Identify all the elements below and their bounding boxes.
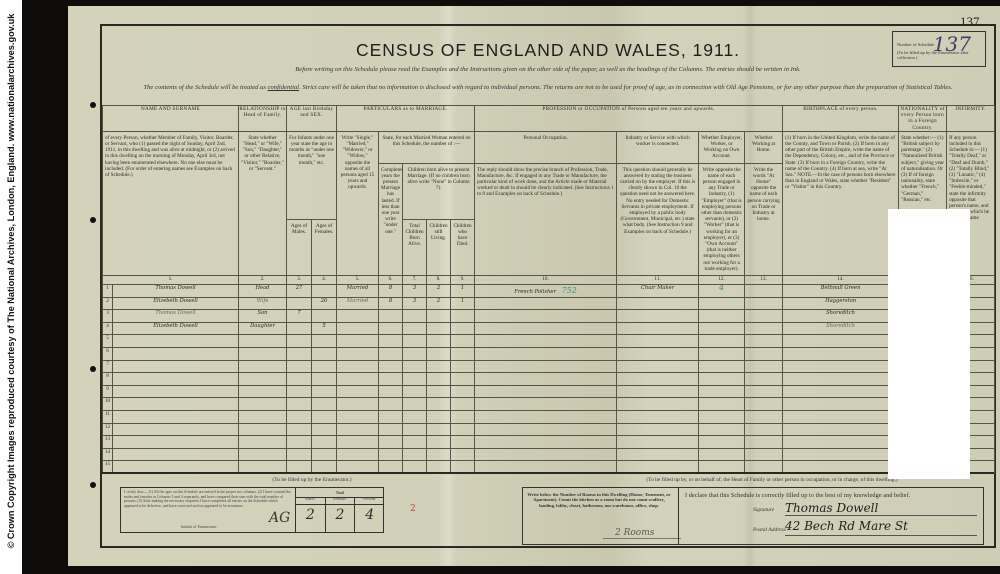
form-title: CENSUS OF ENGLAND AND WALES, 1911. xyxy=(102,40,994,61)
table-row: 10 xyxy=(103,398,995,411)
column-number-row: 1. 2. 3. 4. 5. 6. 7. 8. 9. 10. 11. 12. 1… xyxy=(103,276,995,285)
desc-industry: Industry or Service with which worker is… xyxy=(617,131,699,163)
header-marriage: PARTICULARS as to MARRIAGE. xyxy=(337,106,475,132)
table-row: 2 Elizebeth Dowell Wife 26 Married 8 3 2… xyxy=(103,297,995,310)
table-row: 12 xyxy=(103,423,995,436)
form-border: CENSUS OF ENGLAND AND WALES, 1911. Befor… xyxy=(100,24,996,548)
enumerator-initials-label: Initials of Enumerator. xyxy=(181,524,217,529)
total-males: Males.2 xyxy=(296,497,326,532)
desc-years-married: Completed years the present Marriage has… xyxy=(379,163,403,275)
enumerator-certification: I certify that:— (1) All the ages on thi… xyxy=(124,490,292,508)
desc-total-born: Total Children Born Alive. xyxy=(403,219,427,275)
table-row: 3 Thomas Dowell Son 7 Shoreditch xyxy=(103,310,995,323)
header-row: NAME AND SURNAME RELATIONSHIP to Head of… xyxy=(103,106,995,132)
total-persons: Persons.4 xyxy=(355,497,384,532)
punch-hole xyxy=(90,482,96,488)
header-name: NAME AND SURNAME xyxy=(103,106,239,132)
postal-address: 42 Bech Rd Mare St xyxy=(785,519,908,533)
signature: Thomas Dowell xyxy=(785,501,878,515)
birthplace: Shoreditch xyxy=(783,310,899,323)
at-home xyxy=(745,297,783,310)
children-died: 1 xyxy=(451,297,475,310)
desc-industry-detail: This question should generally be answer… xyxy=(617,163,699,275)
birthplace: Bethnall Green xyxy=(783,285,899,298)
desc-children-alive: Children born alive to present Marriage.… xyxy=(403,163,475,219)
person-name: Elizebeth Dowell xyxy=(113,297,239,310)
enumerator-caption: (To be filled up by the Enumerator.) xyxy=(162,477,462,483)
desc-employer-detail: Write opposite the name of each person e… xyxy=(699,163,745,275)
age-male xyxy=(287,322,312,335)
confidential-word: confidential xyxy=(268,84,300,91)
table-row: 4 Elizebeth Dowell Daughter 5 Shoreditch xyxy=(103,322,995,335)
form-instructions: Before writing on this Schedule please r… xyxy=(102,66,994,73)
address-line: 42 Bech Rd Mare St xyxy=(785,520,977,536)
household-box: Write below the Number of Rooms in this … xyxy=(522,487,984,545)
children-born: 3 xyxy=(403,297,427,310)
birthplace: Haggerston xyxy=(783,297,899,310)
schedule-number-value: 137 xyxy=(933,32,971,56)
desc-relationship: State whether "Head," or "Wife," "Son," … xyxy=(239,131,287,275)
punch-hole xyxy=(90,217,96,223)
relationship: Head xyxy=(239,285,287,298)
age-male xyxy=(287,297,312,310)
table-row: 13 xyxy=(103,436,995,449)
description-row-1: of every Person, whether Member of Famil… xyxy=(103,131,995,163)
children-born: 3 xyxy=(403,285,427,298)
desc-name: of every Person, whether Member of Famil… xyxy=(103,131,239,275)
relationship: Daughter xyxy=(239,322,287,335)
redacted-area xyxy=(888,209,970,479)
years-married: 8 xyxy=(379,297,403,310)
desc-at-home: Whether Working at Home. xyxy=(745,131,783,163)
age-female xyxy=(312,285,337,298)
table-row: 11 xyxy=(103,411,995,424)
desc-personal-occupation-detail: The reply should show the precise branch… xyxy=(475,163,617,275)
header-nationality: NATIONALITY of every Person born in a Fo… xyxy=(899,106,947,132)
table-row: 9 xyxy=(103,385,995,398)
header-birthplace: BIRTHPLACE of every person. xyxy=(783,106,899,132)
relationship: Son xyxy=(239,310,287,323)
table-row: 1 Thomas Dowell Head 27 Married 8 3 2 1 … xyxy=(103,285,995,298)
relationship: Wife xyxy=(239,297,287,310)
person-name: Elizebeth Dowell xyxy=(113,322,239,335)
signature-line: Thomas Dowell xyxy=(785,502,977,516)
desc-at-home-detail: Write the words "At Home" opposite the n… xyxy=(745,163,783,275)
schedule-number-label: Number of Schedule xyxy=(897,42,934,47)
occupation-code: 752 xyxy=(558,286,577,295)
enumerator-initials: AG xyxy=(269,510,290,526)
desc-birthplace: (1) If born in the United Kingdom, write… xyxy=(783,131,899,275)
desc-marital: Write "Single," "Married," "Widower," or… xyxy=(337,131,379,275)
desc-ages-females: Ages of Females. xyxy=(312,219,337,275)
age-female: 26 xyxy=(312,297,337,310)
children-living: 2 xyxy=(427,285,451,298)
desc-employer: Whether Employer, Worker, or Working on … xyxy=(699,131,745,163)
age-female xyxy=(312,310,337,323)
age-male: 7 xyxy=(287,310,312,323)
employer-status: 4 xyxy=(699,285,745,298)
table-row: 8 xyxy=(103,373,995,386)
age-female: 5 xyxy=(312,322,337,335)
industry xyxy=(617,297,699,310)
person-name: Thomas Dowell xyxy=(113,310,239,323)
desc-personal-occupation: Personal Occupation. xyxy=(475,131,617,163)
punch-hole xyxy=(90,102,96,108)
enumerator-box: I certify that:— (1) All the ages on thi… xyxy=(120,487,384,533)
table-row: 5 xyxy=(103,335,995,348)
footer-section: (To be filled up by the Enumerator.) I c… xyxy=(102,472,994,548)
table-row: 6 xyxy=(103,348,995,361)
table-row: 14 xyxy=(103,448,995,461)
occupation: French Polisher 752 xyxy=(475,285,617,298)
total-females: Females.2 xyxy=(326,497,356,532)
declaration: I declare that this Schedule is correctl… xyxy=(685,492,975,499)
person-name: Thomas Dowell xyxy=(113,285,239,298)
census-table: NAME AND SURNAME RELATIONSHIP to Head of… xyxy=(102,105,995,474)
rooms-instruction: Write below the Number of Rooms in this … xyxy=(527,492,671,508)
employer-status xyxy=(699,297,745,310)
marital-status: Married xyxy=(337,285,379,298)
header-relationship: RELATIONSHIP to Head of Family. xyxy=(239,106,287,132)
address-label: Postal Address xyxy=(753,527,786,533)
children-died: 1 xyxy=(451,285,475,298)
desc-married-women: State, for each Married Woman entered on… xyxy=(379,131,475,163)
children-living: 2 xyxy=(427,297,451,310)
header-profession: PROFESSION or OCCUPATION of Persons aged… xyxy=(475,106,783,132)
totals-box: Total Males.2 Females.2 Persons.4 xyxy=(295,488,384,532)
punch-hole xyxy=(90,366,96,372)
desc-ages-males: Ages of Males. xyxy=(287,219,312,275)
schedule-number-box: Number of Schedule (To be filled up by t… xyxy=(892,31,986,67)
copyright-text: © Crown Copyright Images reproduced cour… xyxy=(5,0,17,568)
occupation xyxy=(475,297,617,310)
red-annotation: 2 xyxy=(410,504,416,514)
confidential-notice: The contents of the Schedule will be tre… xyxy=(110,83,986,92)
desc-died: Children who have Died. xyxy=(451,219,475,275)
industry: Chair Maker xyxy=(617,285,699,298)
signature-label: Signature xyxy=(753,507,774,513)
years-married: 8 xyxy=(379,285,403,298)
birthplace: Shoreditch xyxy=(783,322,899,335)
age-male: 27 xyxy=(287,285,312,298)
copyright-credit: © Crown Copyright Images reproduced cour… xyxy=(0,0,22,574)
table-row: 7 xyxy=(103,360,995,373)
scan-frame: 137 CENSUS OF ENGLAND AND WALES, 1911. B… xyxy=(22,0,1000,574)
rooms-count: 2 Rooms xyxy=(603,528,681,539)
header-infirmity: INFIRMITY. xyxy=(947,106,995,132)
desc-age: For Infants under one year state the age… xyxy=(287,131,337,219)
header-age: AGE last Birthday and SEX. xyxy=(287,106,337,132)
at-home xyxy=(745,285,783,298)
desc-still-living: Children still Living. xyxy=(427,219,451,275)
census-schedule-page: 137 CENSUS OF ENGLAND AND WALES, 1911. B… xyxy=(68,6,1000,566)
marital-status: Married xyxy=(337,297,379,310)
